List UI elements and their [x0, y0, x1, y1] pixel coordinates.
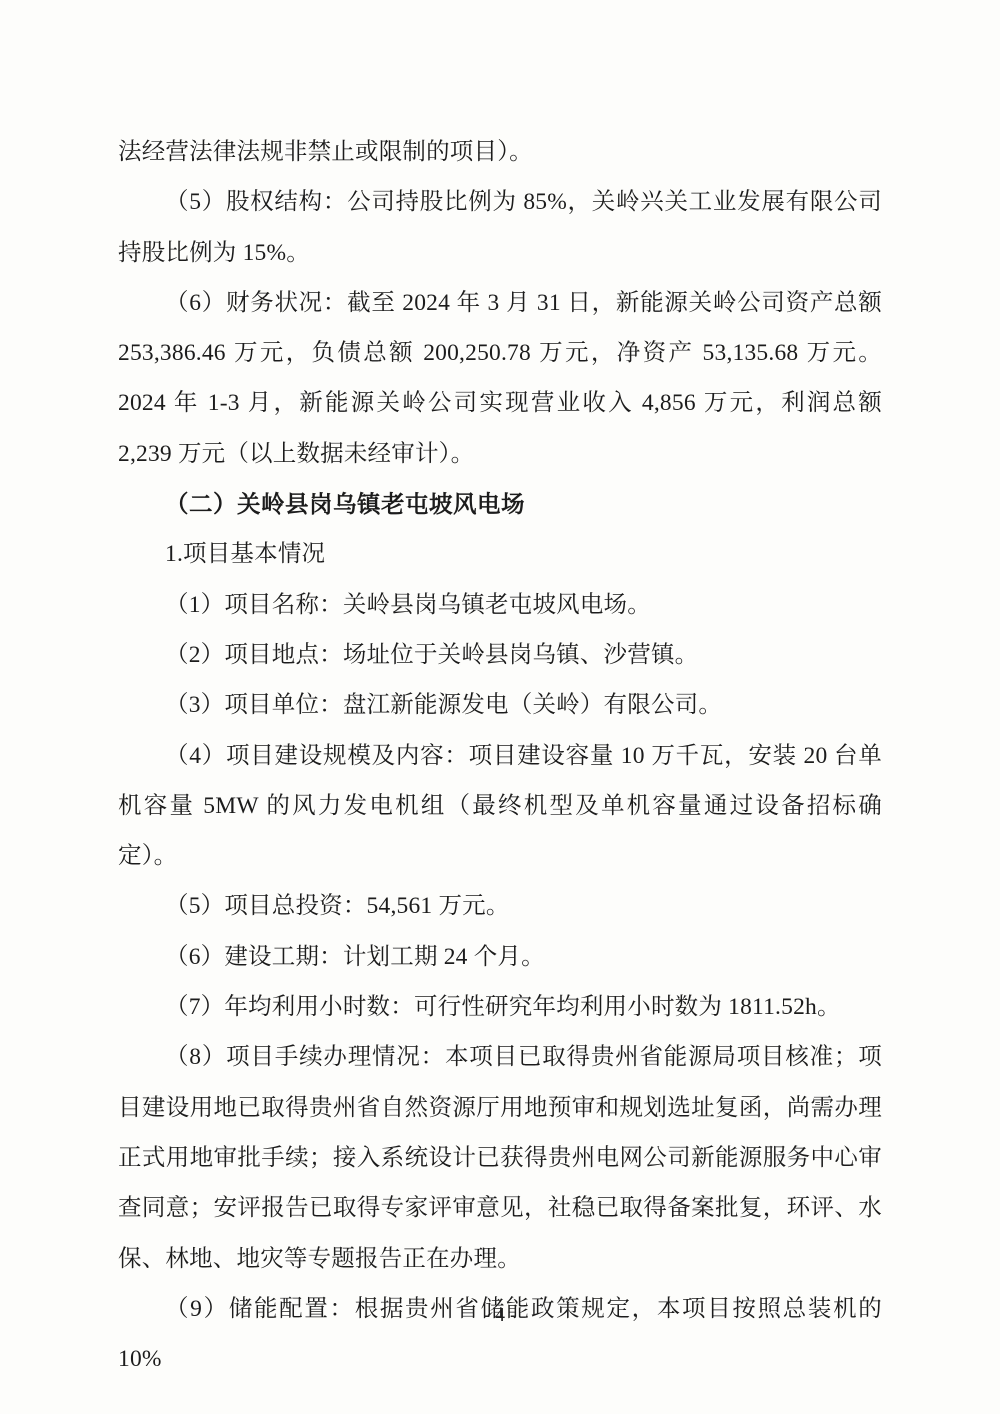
para-procedures-status: （8）项目手续办理情况：本项目已取得贵州省能源局项目核准；项目建设用地已取得贵州…	[118, 1032, 882, 1283]
para-project-basic-info: 1.项目基本情况	[118, 529, 882, 579]
para-project-name: （1）项目名称：关岭县岗乌镇老屯坡风电场。	[118, 580, 882, 630]
page-number: - 4 -	[0, 1303, 1000, 1327]
document-body: 法经营法律法规非禁止或限制的项目）。 （5）股权结构：公司持股比例为 85%，关…	[118, 127, 882, 1384]
para-utilization-hours: （7）年均利用小时数：可行性研究年均利用小时数为 1811.52h。	[118, 982, 882, 1032]
para-energy-storage: （9）储能配置：根据贵州省储能政策规定，本项目按照总装机的 10%	[118, 1284, 882, 1385]
para-equity-structure: （5）股权结构：公司持股比例为 85%，关岭兴关工业发展有限公司持股比例为 15…	[118, 177, 882, 278]
para-project-scale: （4）项目建设规模及内容：项目建设容量 10 万千瓦，安装 20 台单机容量 5…	[118, 731, 882, 882]
para-project-unit: （3）项目单位：盘江新能源发电（关岭）有限公司。	[118, 680, 882, 730]
section-heading-wind-farm: （二）关岭县岗乌镇老屯坡风电场	[118, 479, 882, 529]
para-project-location: （2）项目地点：场址位于关岭县岗乌镇、沙营镇。	[118, 630, 882, 680]
document-page: 法经营法律法规非禁止或限制的项目）。 （5）股权结构：公司持股比例为 85%，关…	[0, 0, 1000, 1414]
para-total-investment: （5）项目总投资：54,561 万元。	[118, 881, 882, 931]
para-financial-status: （6）财务状况：截至 2024 年 3 月 31 日，新能源关岭公司资产总额 2…	[118, 278, 882, 479]
para-continuation: 法经营法律法规非禁止或限制的项目）。	[118, 127, 882, 177]
para-construction-period: （6）建设工期：计划工期 24 个月。	[118, 932, 882, 982]
